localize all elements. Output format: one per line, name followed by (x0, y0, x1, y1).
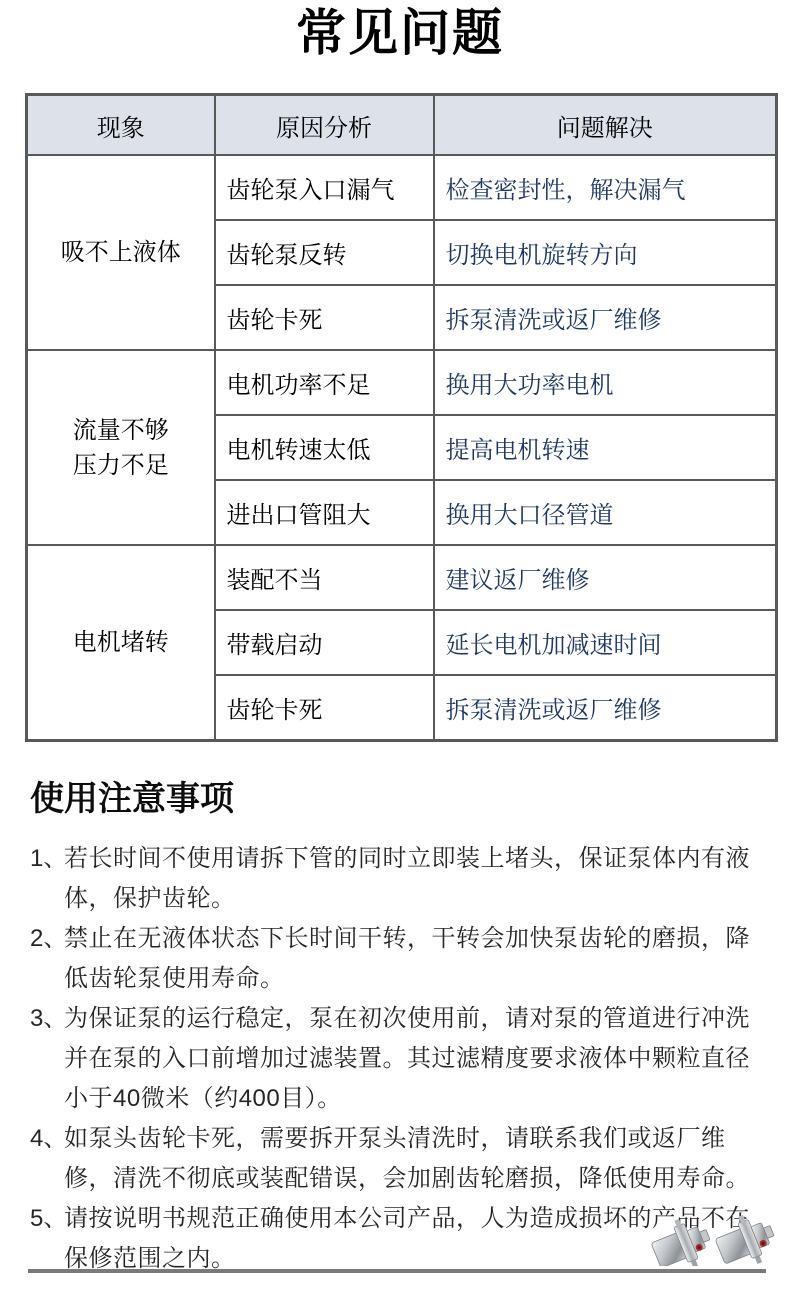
note-number: 3、 (30, 999, 64, 1039)
phenomenon-cell: 电机堵转 (27, 545, 215, 741)
note-number: 5、 (30, 1199, 64, 1239)
cause-cell: 齿轮卡死 (215, 675, 434, 741)
header-cell-solution: 问题解决 (434, 95, 777, 156)
cause-cell: 装配不当 (215, 545, 434, 610)
note-item: 4、 如泵头齿轮卡死，需要拆开泵头清洗时，请联系我们或返厂维修，清洗不彻底或装配… (30, 1119, 772, 1199)
solution-cell: 切换电机旋转方向 (434, 220, 777, 285)
faq-table: 现象 原因分析 问题解决 吸不上液体 齿轮泵入口漏气 检查密封性，解决漏气 齿轮… (25, 93, 778, 742)
note-text: 禁止在无液体状态下长时间干转，干转会加快泵齿轮的磨损，降低齿轮泵使用寿命。 (64, 919, 772, 999)
page-title: 常见问题 (0, 2, 800, 64)
gear-pump-heads-image (650, 1200, 776, 1266)
solution-cell: 换用大功率电机 (434, 350, 777, 415)
note-text: 为保证泵的运行稳定，泵在初次使用前，请对泵的管道进行冲洗并在泵的入口前增加过滤装… (64, 999, 772, 1119)
table-row: 吸不上液体 齿轮泵入口漏气 检查密封性，解决漏气 (27, 155, 777, 220)
notes-heading: 使用注意事项 (30, 779, 234, 819)
cause-cell: 齿轮卡死 (215, 285, 434, 350)
solution-cell: 拆泵清洗或返厂维修 (434, 285, 777, 350)
solution-cell: 建议返厂维修 (434, 545, 777, 610)
bottom-divider (28, 1269, 766, 1273)
note-text: 若长时间不使用请拆下管的同时立即装上堵头，保证泵体内有液体，保护齿轮。 (64, 839, 772, 919)
cause-cell: 电机转速太低 (215, 415, 434, 480)
table-row: 电机堵转 装配不当 建议返厂维修 (27, 545, 777, 610)
note-text: 如泵头齿轮卡死，需要拆开泵头清洗时，请联系我们或返厂维修，清洗不彻底或装配错误，… (64, 1119, 772, 1199)
phenomenon-cell: 吸不上液体 (27, 155, 215, 350)
note-number: 4、 (30, 1119, 64, 1159)
solution-cell: 拆泵清洗或返厂维修 (434, 675, 777, 741)
note-item: 3、 为保证泵的运行稳定，泵在初次使用前，请对泵的管道进行冲洗并在泵的入口前增加… (30, 999, 772, 1119)
cause-cell: 带载启动 (215, 610, 434, 675)
note-number: 2、 (30, 919, 64, 959)
header-cell-phenomenon: 现象 (27, 95, 215, 156)
solution-cell: 换用大口径管道 (434, 480, 777, 545)
solution-cell: 提高电机转速 (434, 415, 777, 480)
cause-cell: 电机功率不足 (215, 350, 434, 415)
cause-cell: 齿轮泵入口漏气 (215, 155, 434, 220)
header-cell-cause: 原因分析 (215, 95, 434, 156)
note-item: 2、 禁止在无液体状态下长时间干转，干转会加快泵齿轮的磨损，降低齿轮泵使用寿命。 (30, 919, 772, 999)
cause-cell: 齿轮泵反转 (215, 220, 434, 285)
solution-cell: 延长电机加减速时间 (434, 610, 777, 675)
table-header-row: 现象 原因分析 问题解决 (27, 95, 777, 156)
note-number: 1、 (30, 839, 64, 879)
table-row: 流量不够 压力不足 电机功率不足 换用大功率电机 (27, 350, 777, 415)
phenomenon-cell: 流量不够 压力不足 (27, 350, 215, 545)
cause-cell: 进出口管阻大 (215, 480, 434, 545)
solution-cell: 检查密封性，解决漏气 (434, 155, 777, 220)
note-item: 1、 若长时间不使用请拆下管的同时立即装上堵头，保证泵体内有液体，保护齿轮。 (30, 839, 772, 919)
